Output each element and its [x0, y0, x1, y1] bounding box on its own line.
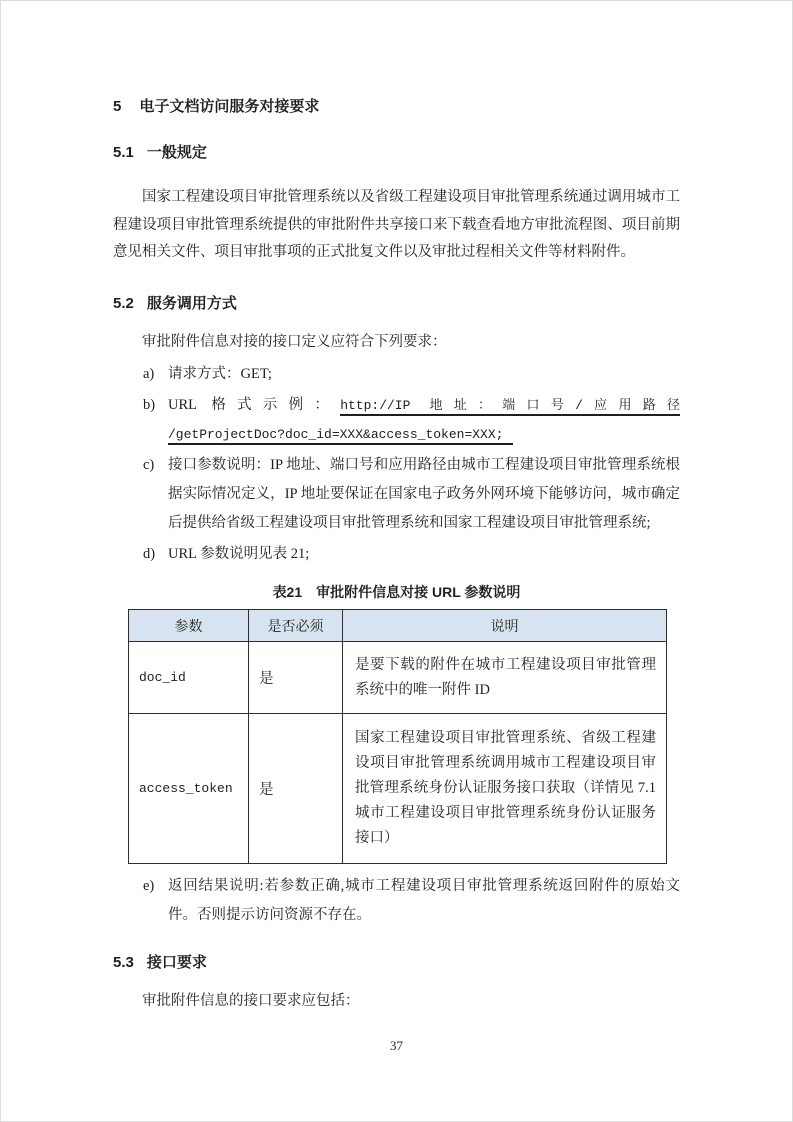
document-page: 5电子文档访问服务对接要求 5.1一般规定 国家工程建设项目审批管理系统以及省级…	[0, 0, 793, 1122]
section-heading-5-2: 5.2服务调用方式	[113, 295, 680, 313]
page-number: 37	[0, 1038, 793, 1054]
table-row-access-token: access_token 是 国家工程建设项目审批管理系统、省级工程建设项目审批…	[129, 714, 667, 864]
section-number: 5.1	[113, 144, 134, 161]
param-cell: doc_id	[129, 642, 249, 714]
section-title: 电子文档访问服务对接要求	[139, 98, 319, 115]
list-item-d: d) URL 参数说明见表 21;	[113, 540, 680, 569]
section-number: 5.3	[113, 954, 134, 971]
url-example-line-2: /getProjectDoc?doc_id=XXX&access_token=X…	[168, 420, 680, 449]
section-title: 一般规定	[147, 144, 207, 161]
table-header-row: 参数 是否必须 说明	[129, 610, 667, 642]
section-title: 服务调用方式	[147, 295, 237, 312]
list-item-text: URL 参数说明见表 21;	[168, 546, 309, 562]
section-number: 5	[113, 98, 121, 115]
requirement-list-continued: e) 返回结果说明:若参数正确,城市工程建设项目审批管理系统返回附件的原始文件。…	[113, 872, 680, 930]
list-item-c: c) 接口参数说明：IP 地址、端口号和应用路径由城市工程建设项目审批管理系统根…	[113, 451, 680, 538]
section-heading-5-3: 5.3接口要求	[113, 954, 680, 972]
required-cell: 是	[249, 714, 343, 864]
paragraph-general-provisions: 国家工程建设项目审批管理系统以及省级工程建设项目审批管理系统通过调用城市工程建设…	[113, 184, 680, 267]
paragraph-interface-intro: 审批附件信息对接的接口定义应符合下列要求：	[113, 329, 680, 357]
list-item-label: d)	[143, 540, 155, 569]
header-cell-required: 是否必须	[249, 610, 343, 642]
required-cell: 是	[249, 642, 343, 714]
list-item-a: a) 请求方式：GET;	[113, 360, 680, 389]
requirement-list: a) 请求方式：GET; b) URL 格式示例：http://IP 地址：端口…	[113, 360, 680, 569]
list-item-label: c)	[143, 451, 154, 480]
table-21-caption: 表21 审批附件信息对接 URL 参数说明	[113, 583, 680, 601]
url-example-part-1: http://IP 地址：端口号/应用路径	[340, 398, 680, 416]
paragraph-interface-requirements: 审批附件信息的接口要求应包括：	[113, 988, 680, 1016]
list-item-text: 返回结果说明:若参数正确,城市工程建设项目审批管理系统返回附件的原始文件。否则提…	[168, 878, 680, 923]
list-item-e: e) 返回结果说明:若参数正确,城市工程建设项目审批管理系统返回附件的原始文件。…	[113, 872, 680, 930]
description-cell: 是要下载的附件在城市工程建设项目审批管理系统中的唯一附件 ID	[343, 642, 667, 714]
url-example-prefix: URL 格式示例：	[168, 397, 340, 413]
description-cell: 国家工程建设项目审批管理系统、省级工程建设项目审批管理系统调用城市工程建设项目审…	[343, 714, 667, 864]
section-heading-5: 5电子文档访问服务对接要求	[113, 98, 680, 116]
url-example-part-2: /getProjectDoc?doc_id=XXX&access_token=X…	[168, 427, 513, 445]
header-cell-description: 说明	[343, 610, 667, 642]
section-heading-5-1: 5.1一般规定	[113, 144, 680, 162]
section-title: 接口要求	[147, 954, 207, 971]
list-item-text: 接口参数说明：IP 地址、端口号和应用路径由城市工程建设项目审批管理系统根据实际…	[168, 457, 680, 531]
list-item-label: a)	[143, 360, 154, 389]
list-item-label: b)	[143, 391, 155, 420]
url-example-line-1: URL 格式示例：http://IP 地址：端口号/应用路径	[168, 391, 680, 420]
list-item-text: 请求方式：GET;	[168, 366, 272, 382]
list-item-b: b) URL 格式示例：http://IP 地址：端口号/应用路径 /getPr…	[113, 391, 680, 449]
section-number: 5.2	[113, 295, 134, 312]
table-row-doc-id: doc_id 是 是要下载的附件在城市工程建设项目审批管理系统中的唯一附件 ID	[129, 642, 667, 714]
param-cell: access_token	[129, 714, 249, 864]
list-item-label: e)	[143, 872, 154, 901]
table-21-wrapper: 参数 是否必须 说明 doc_id 是 是要下载的附件在城市工程建设项目审批管理…	[128, 609, 680, 864]
header-cell-param: 参数	[129, 610, 249, 642]
url-params-table: 参数 是否必须 说明 doc_id 是 是要下载的附件在城市工程建设项目审批管理…	[128, 609, 667, 864]
